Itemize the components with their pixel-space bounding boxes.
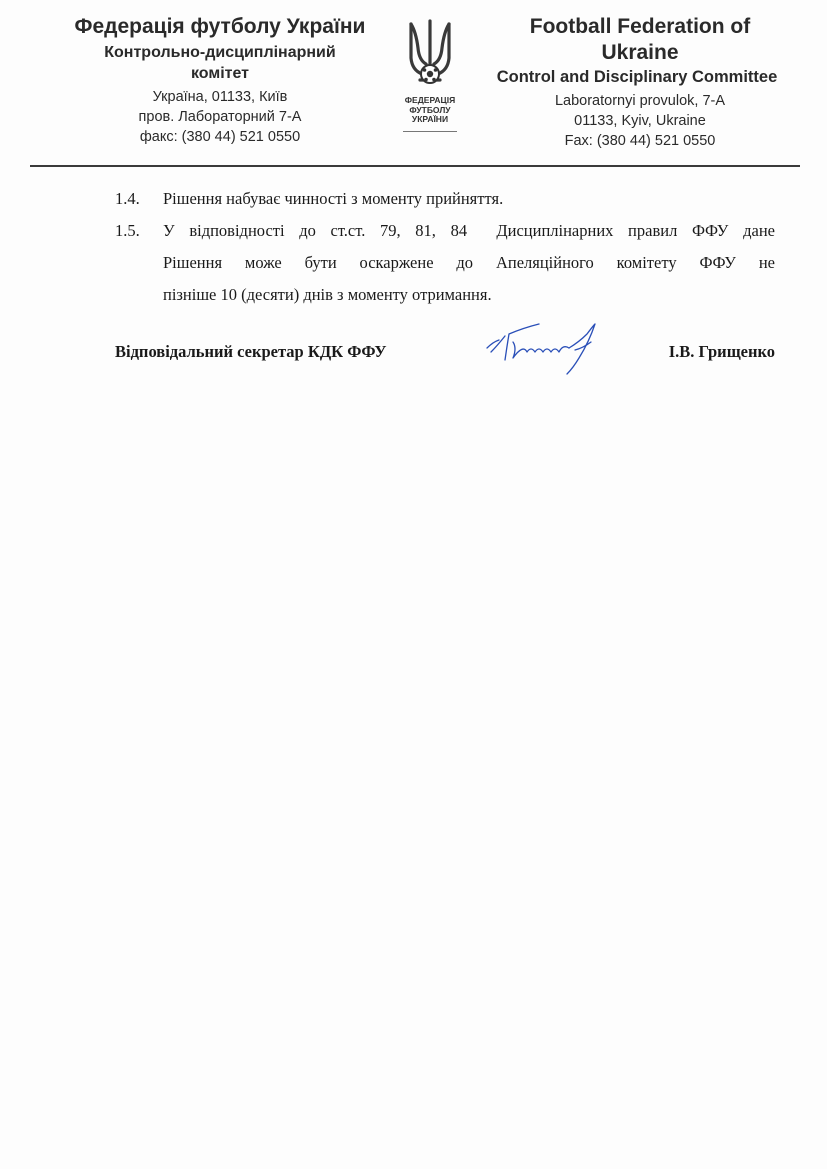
emblem-text-line3: УКРАЇНИ — [390, 115, 470, 125]
address-uk-line2: пров. Лабораторний 7-А — [50, 107, 390, 127]
committee-name-en: Control and Disciplinary Committee — [474, 67, 800, 88]
committee-name-uk-line2: комітет — [50, 63, 390, 84]
decision-clauses: 1.4. Рішення набуває чинності з моменту … — [115, 183, 775, 311]
fax-uk: факс: (380 44) 521 0550 — [50, 127, 390, 147]
letterhead-ukrainian: Федерація футболу України Контрольно-дис… — [50, 14, 390, 147]
address-uk-line1: Україна, 01133, Київ — [50, 87, 390, 107]
letterhead-divider — [30, 165, 800, 167]
organization-name-en-line1: Football Federation of — [480, 14, 800, 40]
address-en-line1: Laboratornyi provulok, 7-A — [480, 91, 800, 111]
clause-text: У відповідності до ст.ст. 79, 81, 84 Дис… — [163, 215, 775, 311]
clause-text: Рішення набуває чинності з моменту прийн… — [163, 183, 775, 215]
signatory-name: І.В. Грищенко — [669, 342, 775, 362]
clause-number: 1.4. — [115, 183, 163, 215]
committee-name-uk-line1: Контрольно-дисциплінарний — [50, 42, 390, 63]
signatory-title: Відповідальний секретар КДК ФФУ — [115, 342, 386, 362]
clause-1-5: 1.5. У відповідності до ст.ст. 79, 81, 8… — [115, 215, 775, 311]
clause-1-4: 1.4. Рішення набуває чинності з моменту … — [115, 183, 775, 215]
emblem-underline — [403, 131, 457, 132]
federation-emblem: ФЕДЕРАЦІЯ ФУТБОЛУ УКРАЇНИ — [390, 18, 470, 138]
letterhead-english: Football Federation of Ukraine Control a… — [480, 14, 800, 151]
organization-name-uk: Федерація футболу України — [50, 14, 390, 40]
organization-name-en-line2: Ukraine — [480, 40, 800, 66]
clause-line: Рішення набуває чинності з моменту прийн… — [163, 183, 775, 215]
clause-number: 1.5. — [115, 215, 163, 311]
clause-line: Рішення може бути оскаржене до Апеляційн… — [163, 247, 775, 279]
clause-line: пізніше 10 (десяти) днів з моменту отрим… — [163, 279, 775, 311]
signature-block: Відповідальний секретар КДК ФФУ І.В. Гри… — [115, 330, 775, 380]
letterhead: Федерація футболу України Контрольно-дис… — [0, 0, 827, 170]
trident-football-emblem-icon — [406, 18, 454, 96]
address-en-line2: 01133, Kyiv, Ukraine — [480, 111, 800, 131]
fax-en: Fax: (380 44) 521 0550 — [480, 131, 800, 151]
handwritten-signature-icon — [483, 322, 623, 382]
clause-line: У відповідності до ст.ст. 79, 81, 84 Дис… — [163, 215, 775, 247]
